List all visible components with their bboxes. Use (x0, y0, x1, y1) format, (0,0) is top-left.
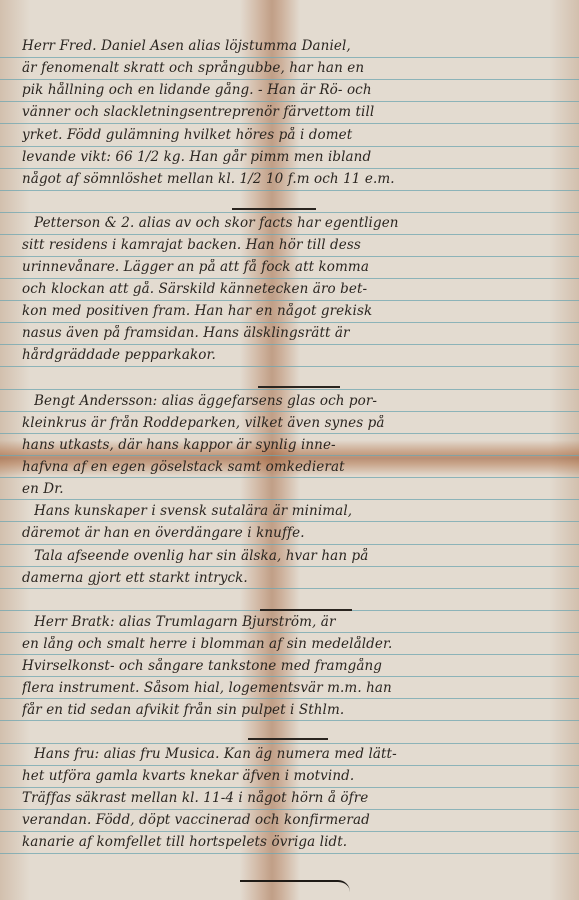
text-line: hårdgräddade pepparkakor. (22, 347, 562, 363)
text-line: Bengt Andersson: alias äggefarsens glas … (34, 393, 574, 409)
text-line: het utföra gamla kvarts knekar äfven i m… (22, 768, 562, 784)
ruled-line (0, 743, 579, 744)
ruled-line (0, 521, 579, 522)
text-line: Herr Bratk: alias Trumlagarn Bjurström, … (34, 614, 574, 630)
ruled-line (0, 57, 579, 58)
ruled-line (0, 698, 579, 699)
text-line: kanarie af komfellet till hortspelets öv… (22, 834, 562, 850)
text-line: Petterson & 2. alias av och skor facts h… (34, 215, 574, 231)
text-line: urinnevånare. Lägger an på att få fock a… (22, 259, 562, 275)
text-line: Herr Fred. Daniel Asen alias löjstumma D… (22, 38, 562, 54)
ruled-line (0, 632, 579, 633)
section-divider (232, 208, 316, 210)
ruled-line (0, 234, 579, 235)
text-line: yrket. Född gulämning hvilket höres på i… (22, 127, 562, 143)
text-line: och klockan att gå. Särskild kännetecken… (22, 281, 562, 297)
text-line: Hans kunskaper i svensk sutalära är mini… (34, 503, 574, 519)
ruled-line (0, 720, 579, 721)
ruled-line (0, 455, 579, 456)
section-divider (248, 738, 328, 740)
text-line: vänner och slackletningsentreprenör färv… (22, 104, 562, 120)
text-line: damerna gjort ett starkt intryck. (22, 570, 562, 586)
text-line: Hans fru: alias fru Musica. Kan äg numer… (34, 746, 574, 762)
ruled-line (0, 787, 579, 788)
ruled-line (0, 676, 579, 677)
text-line: Tala afseende ovenlig har sin älska, hva… (34, 548, 574, 564)
ruled-line (0, 190, 579, 191)
ruled-line (0, 366, 579, 367)
text-line: hans utkasts, där hans kappor är synlig … (22, 437, 562, 453)
ruled-line (0, 79, 579, 80)
ruled-line (0, 654, 579, 655)
text-line: Hvirselkonst- och sångare tankstone med … (22, 658, 562, 674)
text-line: en lång och smalt herre i blomman af sin… (22, 636, 562, 652)
ruled-line (0, 344, 579, 345)
closing-flourish (240, 880, 350, 892)
text-line: däremot är han en överdängare i knuffe. (22, 525, 562, 541)
ruled-line (0, 278, 579, 279)
text-line: pik hållning och en lidande gång. - Han … (22, 82, 562, 98)
ruled-line (0, 588, 579, 589)
ruled-line (0, 256, 579, 257)
ruled-line (0, 499, 579, 500)
text-line: får en tid sedan afvikit från sin pulpet… (22, 702, 562, 718)
section-divider (258, 386, 340, 388)
ruled-line (0, 411, 579, 412)
text-line: något af sömnlöshet mellan kl. 1/2 10 f.… (22, 171, 562, 187)
ruled-line (0, 566, 579, 567)
text-line: flera instrument. Såsom hial, logementsv… (22, 680, 562, 696)
ruled-line (0, 212, 579, 213)
text-line: en Dr. (22, 481, 562, 497)
text-line: kleinkrus är från Roddeparken, vilket äv… (22, 415, 562, 431)
ruled-line (0, 168, 579, 169)
ruled-line (0, 809, 579, 810)
text-line: nasus även på framsidan. Hans älsklingsr… (22, 325, 562, 341)
text-line: Träffas säkrast mellan kl. 11-4 i något … (22, 790, 562, 806)
ruled-line (0, 831, 579, 832)
text-line: kon med positiven fram. Han har en något… (22, 303, 562, 319)
ruled-line (0, 477, 579, 478)
section-divider (260, 609, 352, 611)
ruled-line (0, 433, 579, 434)
ruled-line (0, 101, 579, 102)
ruled-line (0, 322, 579, 323)
ruled-line (0, 146, 579, 147)
text-line: levande vikt: 66 1/2 kg. Han går pimm me… (22, 149, 562, 165)
ruled-line (0, 765, 579, 766)
ruled-line (0, 389, 579, 390)
letter-page: Herr Fred. Daniel Asen alias löjstumma D… (0, 0, 579, 900)
text-line: sitt residens i kamrajat backen. Han hör… (22, 237, 562, 253)
ruled-line (0, 123, 579, 124)
text-line: verandan. Född, döpt vaccinerad och konf… (22, 812, 562, 828)
ruled-line (0, 544, 579, 545)
ruled-line (0, 853, 579, 854)
text-line: är fenomenalt skratt och språngubbe, har… (22, 60, 562, 76)
text-line: hafvna af en egen göselstack samt omkedi… (22, 459, 562, 475)
ruled-line (0, 300, 579, 301)
